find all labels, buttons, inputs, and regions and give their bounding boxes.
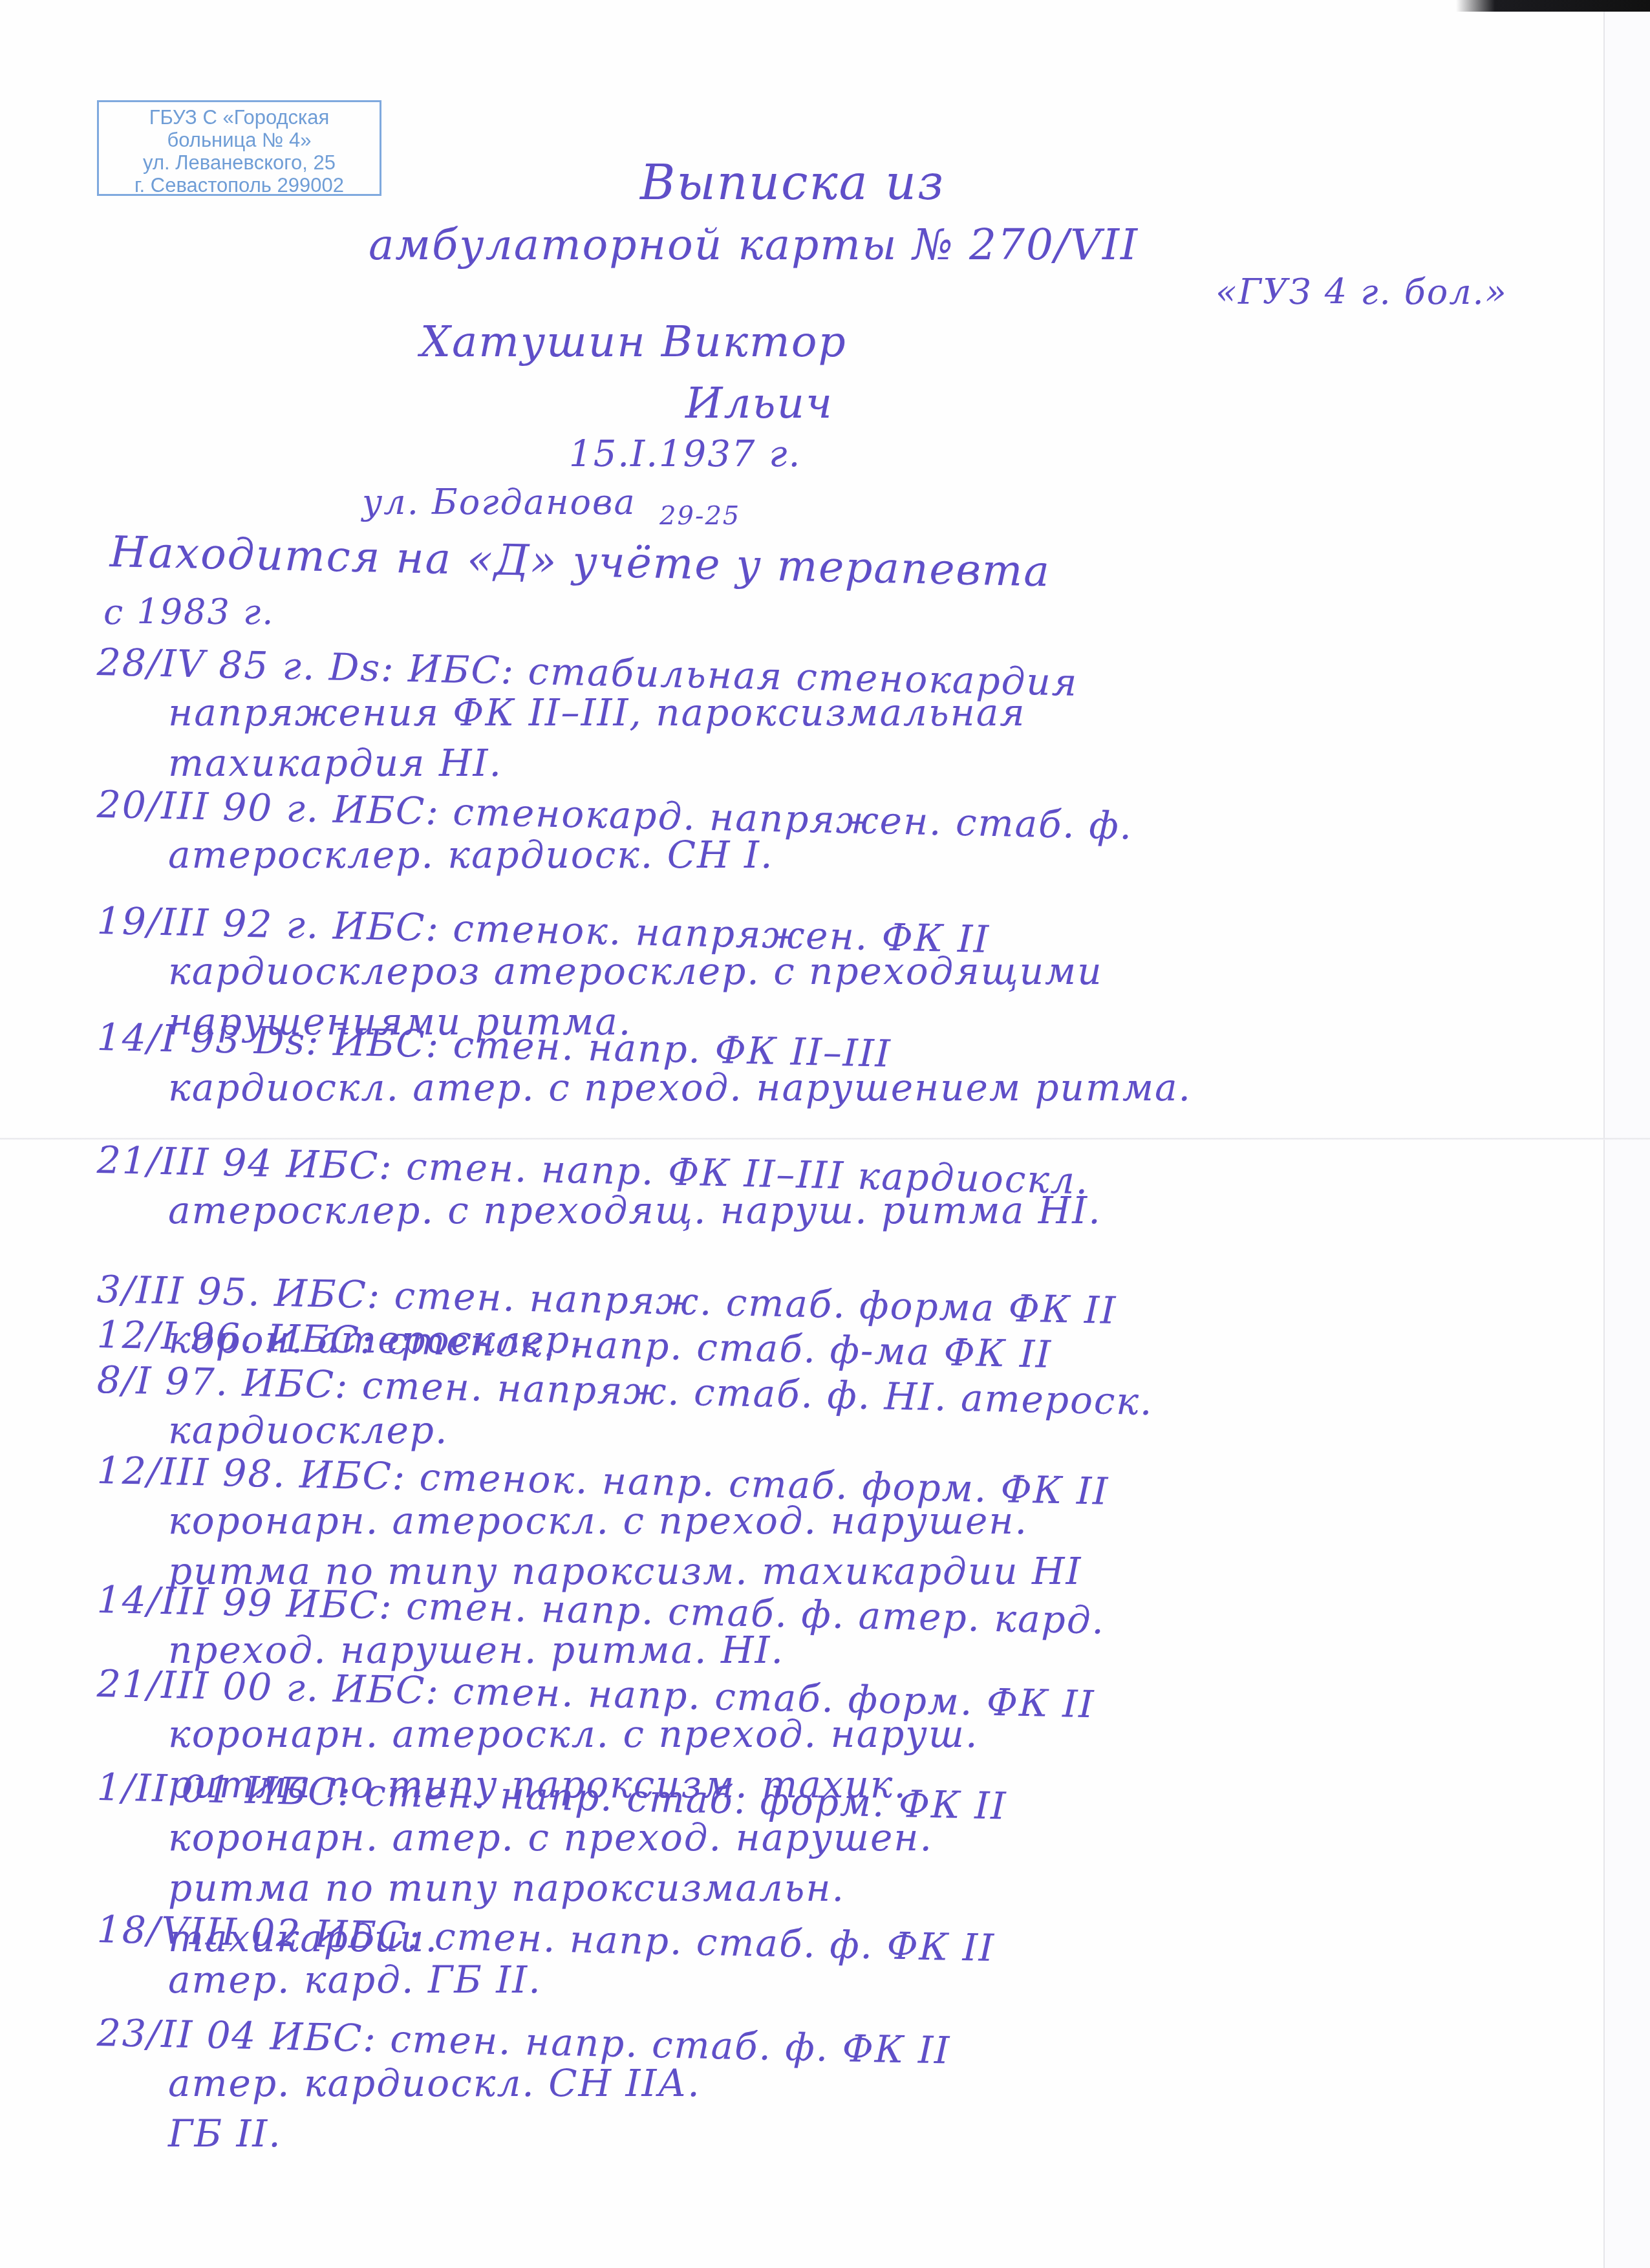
address-number: 29-25 xyxy=(659,501,740,531)
entry-continuation-line: тахикардия НI. xyxy=(168,741,502,785)
stamp-line: г. Севастополь 299002 xyxy=(99,174,380,197)
entry-continuation-line: ритма по типу пароксизмальн. xyxy=(168,1866,845,1910)
entry-continuation-line: кардиоскл. атер. с преход. нарушением ри… xyxy=(168,1065,1192,1109)
paper-fold-crease xyxy=(0,1138,1650,1140)
entry-continuation-line: ГБ II. xyxy=(168,2112,282,2156)
registration-since: с 1983 г. xyxy=(103,592,274,632)
entry-continuation-line: атеросклер. кардиоск. СН I. xyxy=(168,833,773,877)
entry-continuation-line: атер. кардиоскл. СН IIА. xyxy=(168,2061,701,2105)
entry-continuation-line: атеросклер. с преходящ. наруш. ритма НI. xyxy=(168,1188,1102,1232)
entry-continuation-line: кардиосклероз атеросклер. с преходящими xyxy=(168,949,1103,993)
entry-continuation-line: коронарн. атер. с преход. нарушен. xyxy=(168,1815,933,1859)
hospital-stamp: ГБУЗ С «Городская больница № 4» ул. Лева… xyxy=(97,100,381,196)
patient-name: Хатушин Виктор xyxy=(420,317,847,367)
card-number-line: амбулаторной карты № 270/VII xyxy=(369,220,1139,270)
patient-patronymic: Ильич xyxy=(685,378,833,428)
scan-shadow-corner xyxy=(1456,0,1650,12)
entry-continuation-line: напряжения ФК II–III, пароксизмальная xyxy=(168,690,1026,734)
entry-continuation-line: коронарн. атероскл. с преход. наруш. xyxy=(168,1712,978,1756)
institution-line: «ГУЗ 4 г. бол.» xyxy=(1216,272,1508,312)
address-street: ул. Богданова xyxy=(362,482,636,522)
stamp-line: больница № 4» xyxy=(99,129,380,151)
entry-continuation-line: кардиосклер. xyxy=(168,1408,448,1452)
entry-continuation-line: атер. кард. ГБ II. xyxy=(168,1958,542,2002)
entry-continuation-line: коронарн. атероскл. с преход. нарушен. xyxy=(168,1499,1028,1543)
stamp-line: ул. Леваневского, 25 xyxy=(99,151,380,174)
document-title: Выписка из xyxy=(640,155,945,211)
birth-date: 15.I.1937 г. xyxy=(569,433,801,475)
stamp-line: ГБУЗ С «Городская xyxy=(99,106,380,129)
